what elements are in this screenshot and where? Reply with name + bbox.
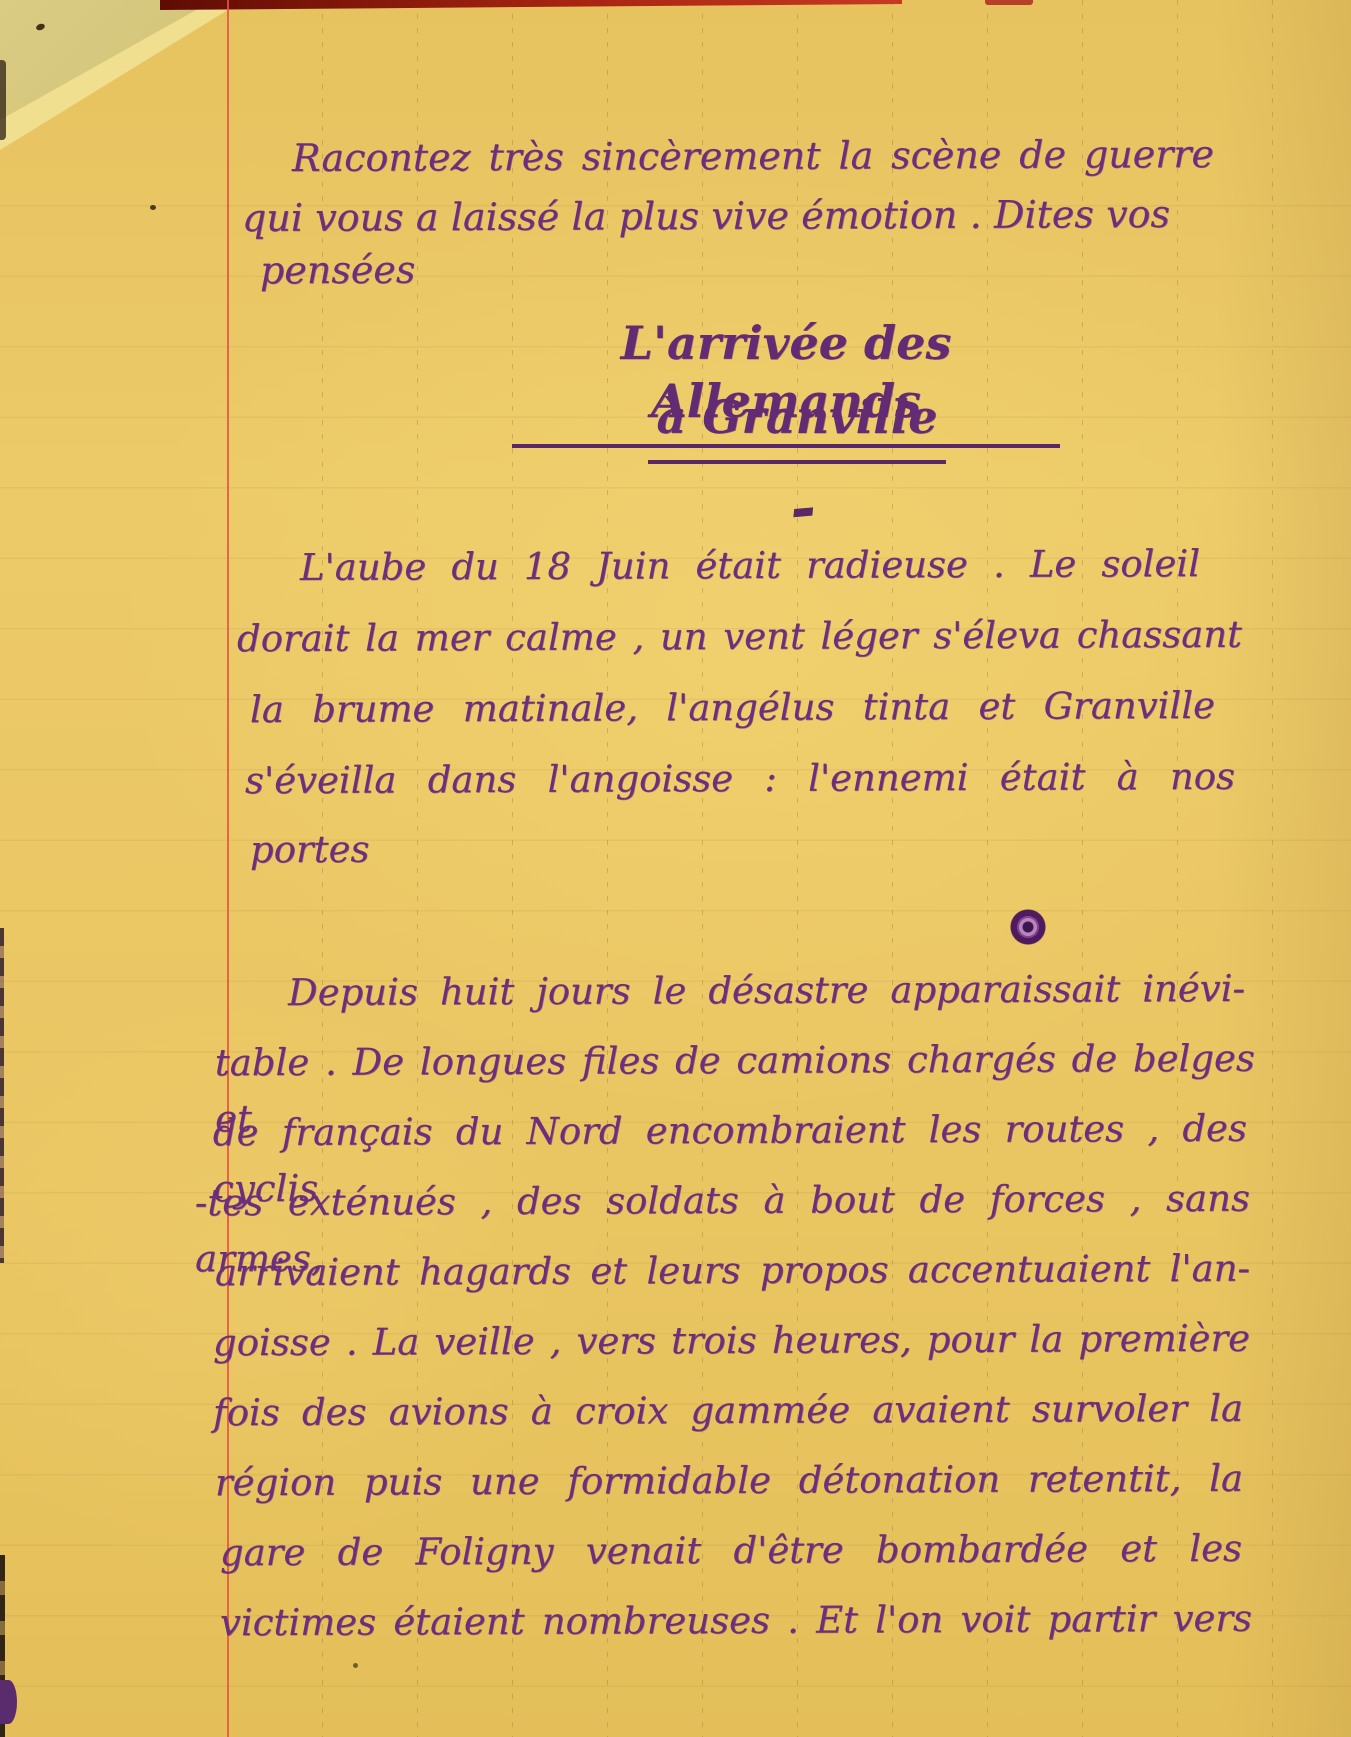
handwritten-line: Depuis huit jours le désastre apparaissa…	[288, 961, 1245, 1021]
prompt-line: qui vous a laissé la plus vive émotion .…	[242, 186, 1170, 246]
folded-corner	[0, 0, 214, 120]
handwritten-line: s'éveilla dans l'angoisse : l'ennemi éta…	[245, 749, 1235, 809]
ink-smudge	[0, 1680, 17, 1724]
handwritten-line: fois des avions à croix gammée avaient s…	[213, 1381, 1243, 1441]
handwritten-line: L'aube du 18 Juin était radieuse . Le so…	[300, 536, 1200, 596]
notebook-cover-edge-fragment	[985, 0, 1033, 5]
handwritten-line: gare de Foligny venait d'être bombardée …	[220, 1521, 1242, 1581]
scan-edge-shadow	[0, 928, 4, 1263]
handwritten-line: portes	[250, 822, 370, 879]
ruling-vertical-line	[1272, 0, 1273, 1737]
handwritten-line: dorait la mer calme , un vent léger s'él…	[237, 607, 1242, 667]
prompt-line: pensées	[260, 242, 416, 299]
handwritten-line: la brume matinale, l'angélus tinta et Gr…	[250, 678, 1215, 738]
handwritten-line: région puis une formidable détonation re…	[215, 1451, 1243, 1511]
essay-title-line2: à Granville	[648, 388, 946, 464]
paper-speck	[150, 205, 156, 210]
scan-edge-shadow	[0, 60, 6, 140]
handwritten-line: arrivaient hagards et leurs propos accen…	[215, 1241, 1250, 1302]
handwritten-line: goisse . La veille , vers trois heures, …	[213, 1311, 1250, 1372]
handwritten-line: victimes étaient nombreuses . Et l'on vo…	[220, 1591, 1252, 1652]
prompt-line: Racontez très sincèrement la scène de gu…	[292, 126, 1214, 186]
paper-speck	[353, 1663, 358, 1668]
manuscript-page: Racontez très sincèrement la scène de gu…	[0, 0, 1351, 1737]
notebook-cover-edge	[160, 0, 902, 10]
title-separator-dash: -	[789, 497, 816, 519]
